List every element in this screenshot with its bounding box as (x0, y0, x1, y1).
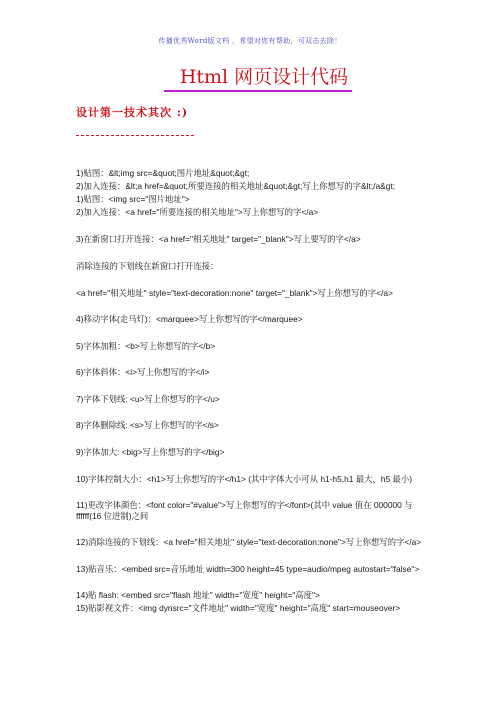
code-line: 6)字体斜体：<i>写上你想写的字</i> (76, 367, 210, 378)
code-line: 14)贴 flash: <embed src="flash 地址" width=… (76, 590, 320, 601)
code-line: <a href="相关地址" style="text-decoration:no… (76, 288, 393, 299)
code-line: 11)更改字体颜色：<font color="#value">写上你想写的字</… (76, 500, 436, 522)
code-line: 4)移动字体(走马灯)：<marquee>写上你想写的字</marquee> (76, 314, 303, 325)
code-line: 2)加入连接：&lt;a href=&quot;所要连接的相关地址&quot;&… (76, 181, 395, 192)
subtitle: 设计第一技术其次 :) (76, 104, 188, 120)
code-line: 2)加入连接：<a href="所要连接的相关地址">写上你想写的字</a> (76, 207, 318, 218)
code-line: 13)贴音乐：<embed src=音乐地址 width=300 height=… (76, 564, 419, 575)
code-line: 1)贴图：&lt;img src=&quot;图片地址&quot;&gt; (76, 168, 249, 179)
code-line: 15)贴影视文件：<img dynsrc="文件地址" width="宽度" h… (76, 603, 400, 614)
code-line: 8)字体删除线: <s>写上你想写的字</s> (76, 420, 219, 431)
header-note: 传播优秀Word版文档 ，希望对您有帮助，可双击去除！ (0, 36, 500, 46)
code-line: 7)字体下划线: <u>写上你想写的字</u> (76, 394, 220, 405)
code-line: 1)贴图：<img src="图片地址"> (76, 194, 190, 205)
page-title-block: Html 网页设计代码 (164, 66, 352, 92)
code-line: 10)字体控制大小：<h1>写上你想写的字</h1> (其中字体大小可从 h1-… (76, 474, 412, 485)
code-line: 消除连接的下划线在新窗口打开连接： (76, 261, 218, 272)
code-line: 3)在新窗口打开连接：<a href="相关地址" target="_blank… (76, 234, 361, 245)
dashed-divider (76, 135, 194, 136)
title-underline (164, 90, 352, 92)
code-line: 12)消除连接的下划线：<a href="相关地址" style="text-d… (76, 537, 421, 548)
code-line: 5)字体加粗：<b>写上你想写的字</b> (76, 341, 215, 352)
code-line: 9)字体加大: <big>写上你想写的字</big> (76, 447, 224, 458)
page-title: Html 网页设计代码 (164, 66, 352, 88)
